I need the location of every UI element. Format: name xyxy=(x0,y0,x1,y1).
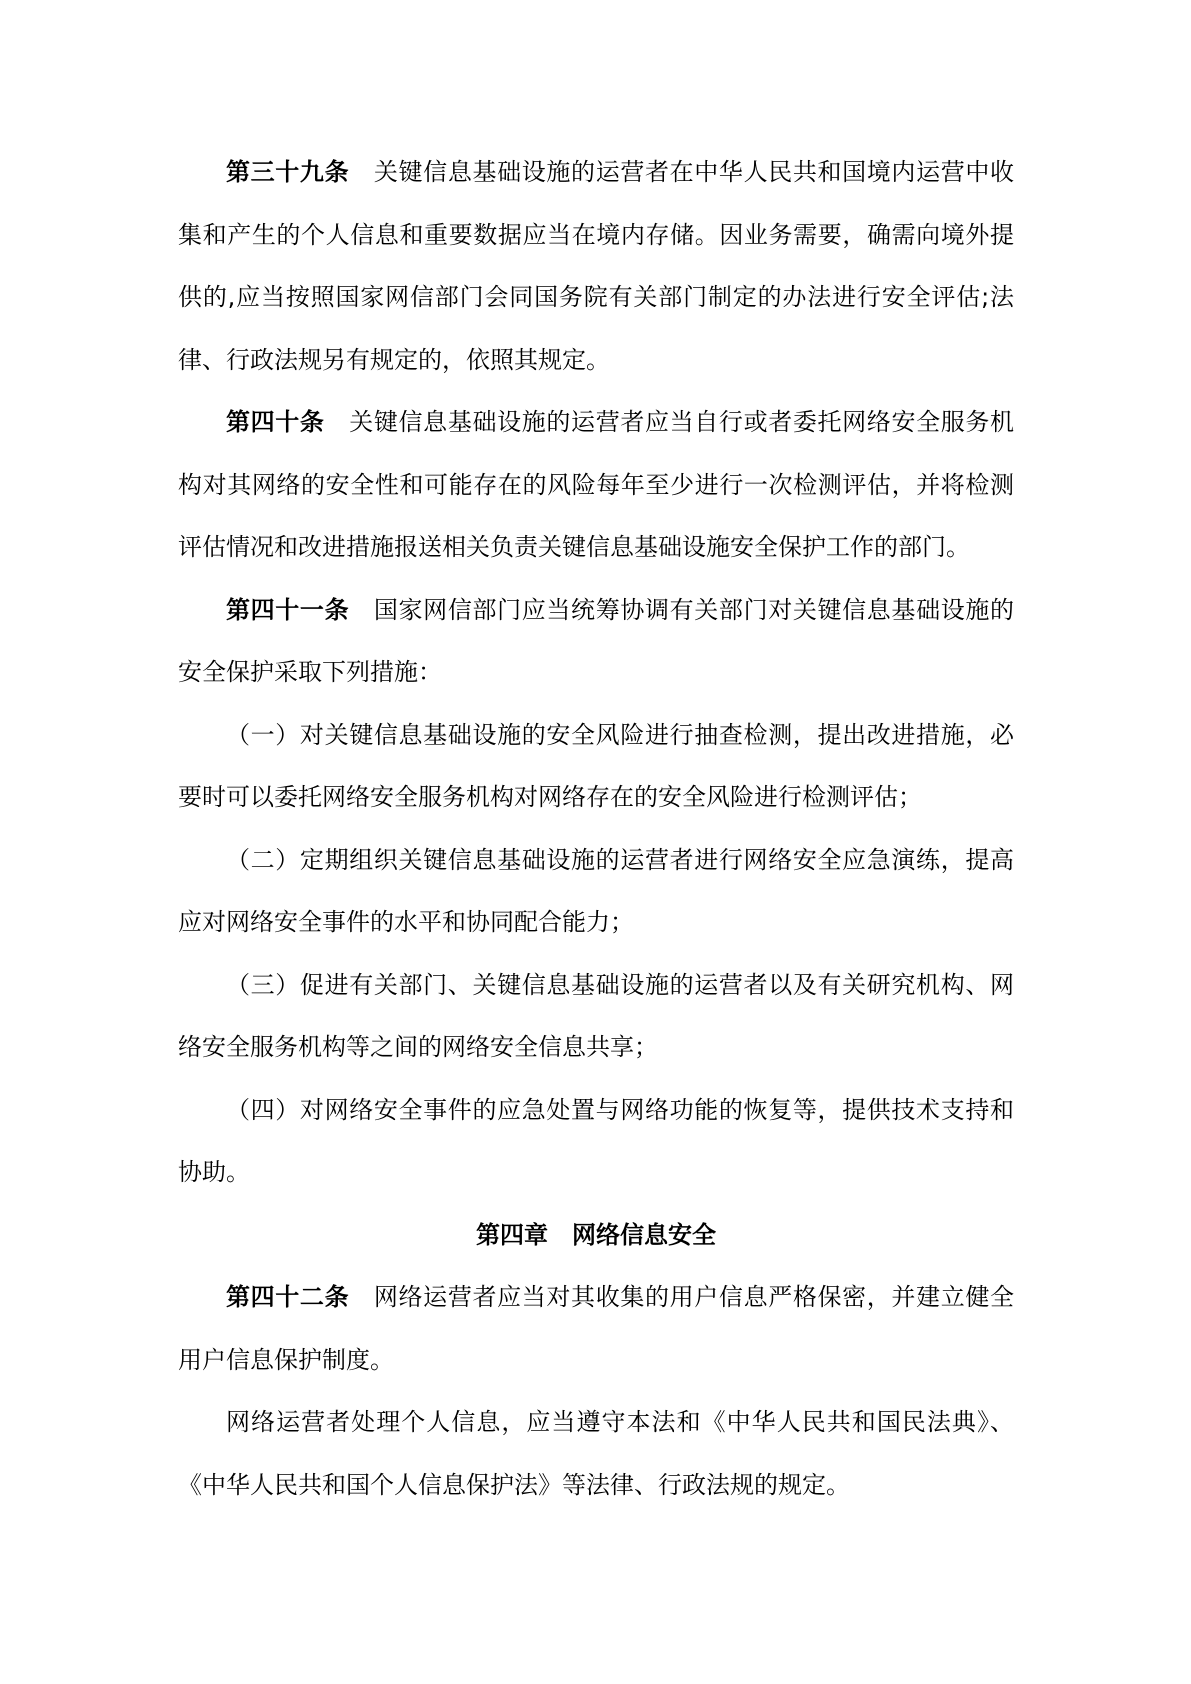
article-41-item-2: （二）定期组织关键信息基础设施的运营者进行网络安全应急演练，提高应对网络安全事件… xyxy=(178,829,1014,954)
chapter-4-heading: 第四章网络信息安全 xyxy=(178,1204,1014,1267)
article-41-item-4: （四）对网络安全事件的应急处置与网络功能的恢复等，提供技术支持和协助。 xyxy=(178,1079,1014,1204)
article-39-paragraph: 第三十九条关键信息基础设施的运营者在中华人民共和国境内运营中收集和产生的个人信息… xyxy=(178,141,1014,391)
article-40-paragraph: 第四十条关键信息基础设施的运营者应当自行或者委托网络安全服务机构对其网络的安全性… xyxy=(178,391,1014,579)
document-page: 第三十九条关键信息基础设施的运营者在中华人民共和国境内运营中收集和产生的个人信息… xyxy=(0,0,1191,1684)
article-41-paragraph: 第四十一条国家网信部门应当统筹协调有关部门对关键信息基础设施的安全保护采取下列措… xyxy=(178,579,1014,704)
article-40-number: 第四十条 xyxy=(226,408,349,436)
article-42-paragraph-2-text: 网络运营者处理个人信息，应当遵守本法和《中华人民共和国民法典》、《中华人民共和国… xyxy=(178,1408,1014,1499)
article-41-item-4-text: （四）对网络安全事件的应急处置与网络功能的恢复等，提供技术支持和协助。 xyxy=(178,1096,1014,1187)
chapter-4-number: 第四章 xyxy=(476,1221,572,1249)
article-41-item-1-text: （一）对关键信息基础设施的安全风险进行抽查检测，提出改进措施，必要时可以委托网络… xyxy=(178,721,1014,812)
article-41-item-3-text: （三）促进有关部门、关键信息基础设施的运营者以及有关研究机构、网络安全服务机构等… xyxy=(178,971,1014,1062)
article-41-number: 第四十一条 xyxy=(226,596,374,624)
article-42-paragraph-2: 网络运营者处理个人信息，应当遵守本法和《中华人民共和国民法典》、《中华人民共和国… xyxy=(178,1391,1014,1516)
article-41-item-2-text: （二）定期组织关键信息基础设施的运营者进行网络安全应急演练，提高应对网络安全事件… xyxy=(178,846,1014,937)
chapter-4-title: 网络信息安全 xyxy=(572,1221,716,1249)
article-41-item-1: （一）对关键信息基础设施的安全风险进行抽查检测，提出改进措施，必要时可以委托网络… xyxy=(178,704,1014,829)
article-42-paragraph: 第四十二条网络运营者应当对其收集的用户信息严格保密，并建立健全用户信息保护制度。 xyxy=(178,1266,1014,1391)
article-39-number: 第三十九条 xyxy=(226,158,374,186)
article-41-item-3: （三）促进有关部门、关键信息基础设施的运营者以及有关研究机构、网络安全服务机构等… xyxy=(178,954,1014,1079)
article-39-text: 关键信息基础设施的运营者在中华人民共和国境内运营中收集和产生的个人信息和重要数据… xyxy=(178,158,1014,374)
article-42-number: 第四十二条 xyxy=(226,1283,374,1311)
